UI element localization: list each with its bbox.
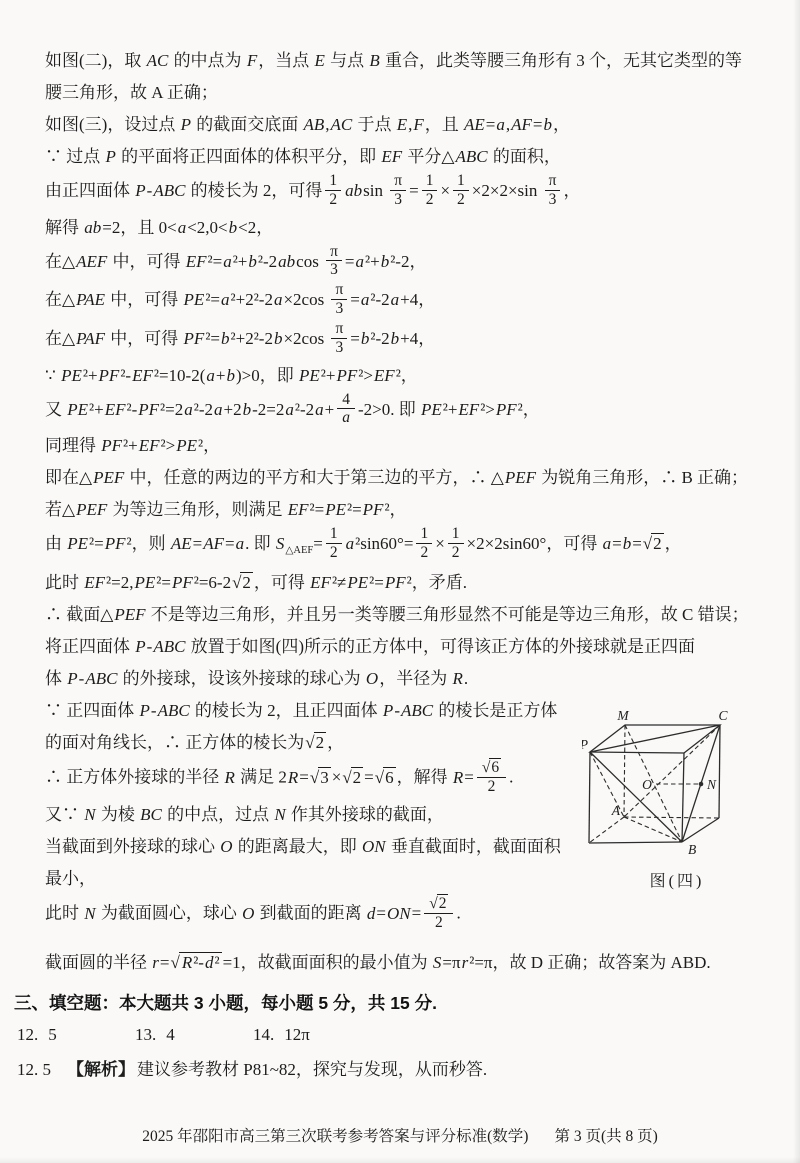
text-line: 若△PEF 为等边三角形，则满足 EF²=PE²=PF²，	[45, 495, 772, 525]
text-line: 在△AEF 中，可得 EF²=a²+b²-2abcos π3=a²+b²-2，	[45, 245, 772, 282]
text-line: 体 P-ABC 的外接球，设该外接球的球心为 O，半径为 R.	[45, 664, 772, 694]
solution-paragraph-2: M C P O N A B 图(四) ∵ 正四面体 P-ABC 的棱长为 2，且…	[45, 696, 772, 933]
answer-item-13: 13.4	[135, 1025, 253, 1045]
page-content: 如图(二)，取 AC 的中点为 F，当点 E 与点 B 重合，此类等腰三角形有 …	[0, 0, 800, 1080]
text-line: 在△PAF 中，可得 PF²=b²+2²-2b×2cos π3=b²-2b+4，	[45, 322, 772, 359]
vertex-label-P: P	[582, 737, 588, 752]
section-header-fill-in-blanks: 三、填空题：本大题共 3 小题，每小题 5 分，共 15 分.	[14, 990, 772, 1015]
answer-item-14: 14.12π	[253, 1025, 371, 1045]
answer-number: 13.	[135, 1025, 156, 1044]
text-line: 如图(三)，设过点 P 的截面交底面 AB,AC 于点 E,F，且 AE=a,A…	[45, 110, 772, 140]
text-line: ∵ PE²+PF²-EF²=10-2(a+b)>0，即 PE²+PF²>EF²，	[45, 361, 772, 391]
solution-paragraph-3: 截面圆的半径 r=√R²-d²=1，故截面面积的最小值为 S=πr²=π，故 D…	[45, 948, 772, 978]
text-line: ∴ 截面△PEF 不是等边三角形，并且另一类等腰三角形显然不可能是等边三角形，故…	[45, 600, 772, 630]
text-line: 解得 ab=2，且 0<a<2,0<b<2，	[45, 213, 772, 243]
scanned-answer-page: 如图(二)，取 AC 的中点为 F，当点 E 与点 B 重合，此类等腰三角形有 …	[0, 0, 800, 1163]
text-line: ∵ 过点 P 的平面将正四面体的体积平分，即 EF 平分△ABC 的面积，	[45, 142, 772, 172]
cube-diagram: M C P O N A B	[582, 700, 772, 862]
explanation-text: 建议参考教材 P81~82，探究与发现，从而秒答.	[137, 1060, 487, 1079]
vertex-label-C: C	[718, 708, 728, 723]
answer-item-12: 12.5	[17, 1025, 135, 1045]
footer-page-number: 第 3 页(共 8 页)	[554, 1128, 657, 1145]
vertex-label-M: M	[616, 708, 629, 723]
text-line: 此时 N 为截面圆心，球心 O 到截面的距离 d=ON=√22.	[45, 896, 772, 934]
point-label-N: N	[706, 777, 717, 792]
vertex-label-A: A	[611, 803, 621, 818]
text-line: 截面圆的半径 r=√R²-d²=1，故截面面积的最小值为 S=πr²=π，故 D…	[45, 948, 772, 978]
text-line: 腰三角形，故 A 正确；	[45, 78, 772, 108]
explanation-tag: 【解析】	[67, 1060, 135, 1079]
text-line: 即在△PEF 中，任意的两边的平方和大于第三边的平方，∴ △PEF 为锐角三角形…	[45, 463, 772, 493]
answer-number: 12.	[17, 1025, 38, 1044]
figure-four: M C P O N A B 图(四)	[582, 700, 772, 891]
text-line: 将正四面体 P-ABC 放置于如图(四)所示的正方体中，可得该正方体的外接球就是…	[45, 632, 772, 662]
page-footer: 2025 年邵阳市高三第三次联考参考答案与评分标准(数学)第 3 页(共 8 页…	[0, 1124, 800, 1146]
answer-value: 4	[166, 1025, 175, 1044]
text-line: 由正四面体 P-ABC 的棱长为 2，可得12absin π3=12×12×2×…	[45, 174, 772, 211]
solution-paragraph-1: 如图(二)，取 AC 的中点为 F，当点 E 与点 B 重合，此类等腰三角形有 …	[45, 46, 772, 694]
footer-title: 2025 年邵阳市高三第三次联考参考答案与评分标准(数学)	[142, 1128, 528, 1145]
text-line: 由 PE²=PF²，则 AE=AF=a. 即 S△AEF=12a²sin60°=…	[45, 527, 772, 566]
center-label-O: O	[642, 777, 652, 792]
explanation-question-number: 12. 5	[17, 1060, 51, 1079]
text-line: 如图(二)，取 AC 的中点为 F，当点 E 与点 B 重合，此类等腰三角形有 …	[45, 46, 772, 76]
vertex-label-B: B	[688, 842, 696, 857]
answers-row: 12.5 13.4 14.12π	[17, 1025, 772, 1045]
answer-value: 12π	[284, 1025, 310, 1044]
explanation-line-12: 12. 5【解析】建议参考教材 P81~82，探究与发现，从而秒答.	[17, 1055, 772, 1080]
text-line: 又 PE²+EF²-PF²=2a²-2a+2b-2=2a²-2a+4a-2>0.…	[45, 393, 772, 430]
text-line: 同理得 PF²+EF²>PE²，	[45, 431, 772, 461]
figure-caption: 图(四)	[582, 868, 772, 891]
point-N-dot	[699, 782, 704, 787]
text-line: 在△PAE 中，可得 PE²=a²+2²-2a×2cos π3=a²-2a+4，	[45, 283, 772, 320]
text-line: 此时 EF²=2,PE²=PF²=6-2√2，可得 EF²≠PE²=PF²，矛盾…	[45, 568, 772, 598]
answer-number: 14.	[253, 1025, 274, 1044]
answer-value: 5	[48, 1025, 57, 1044]
